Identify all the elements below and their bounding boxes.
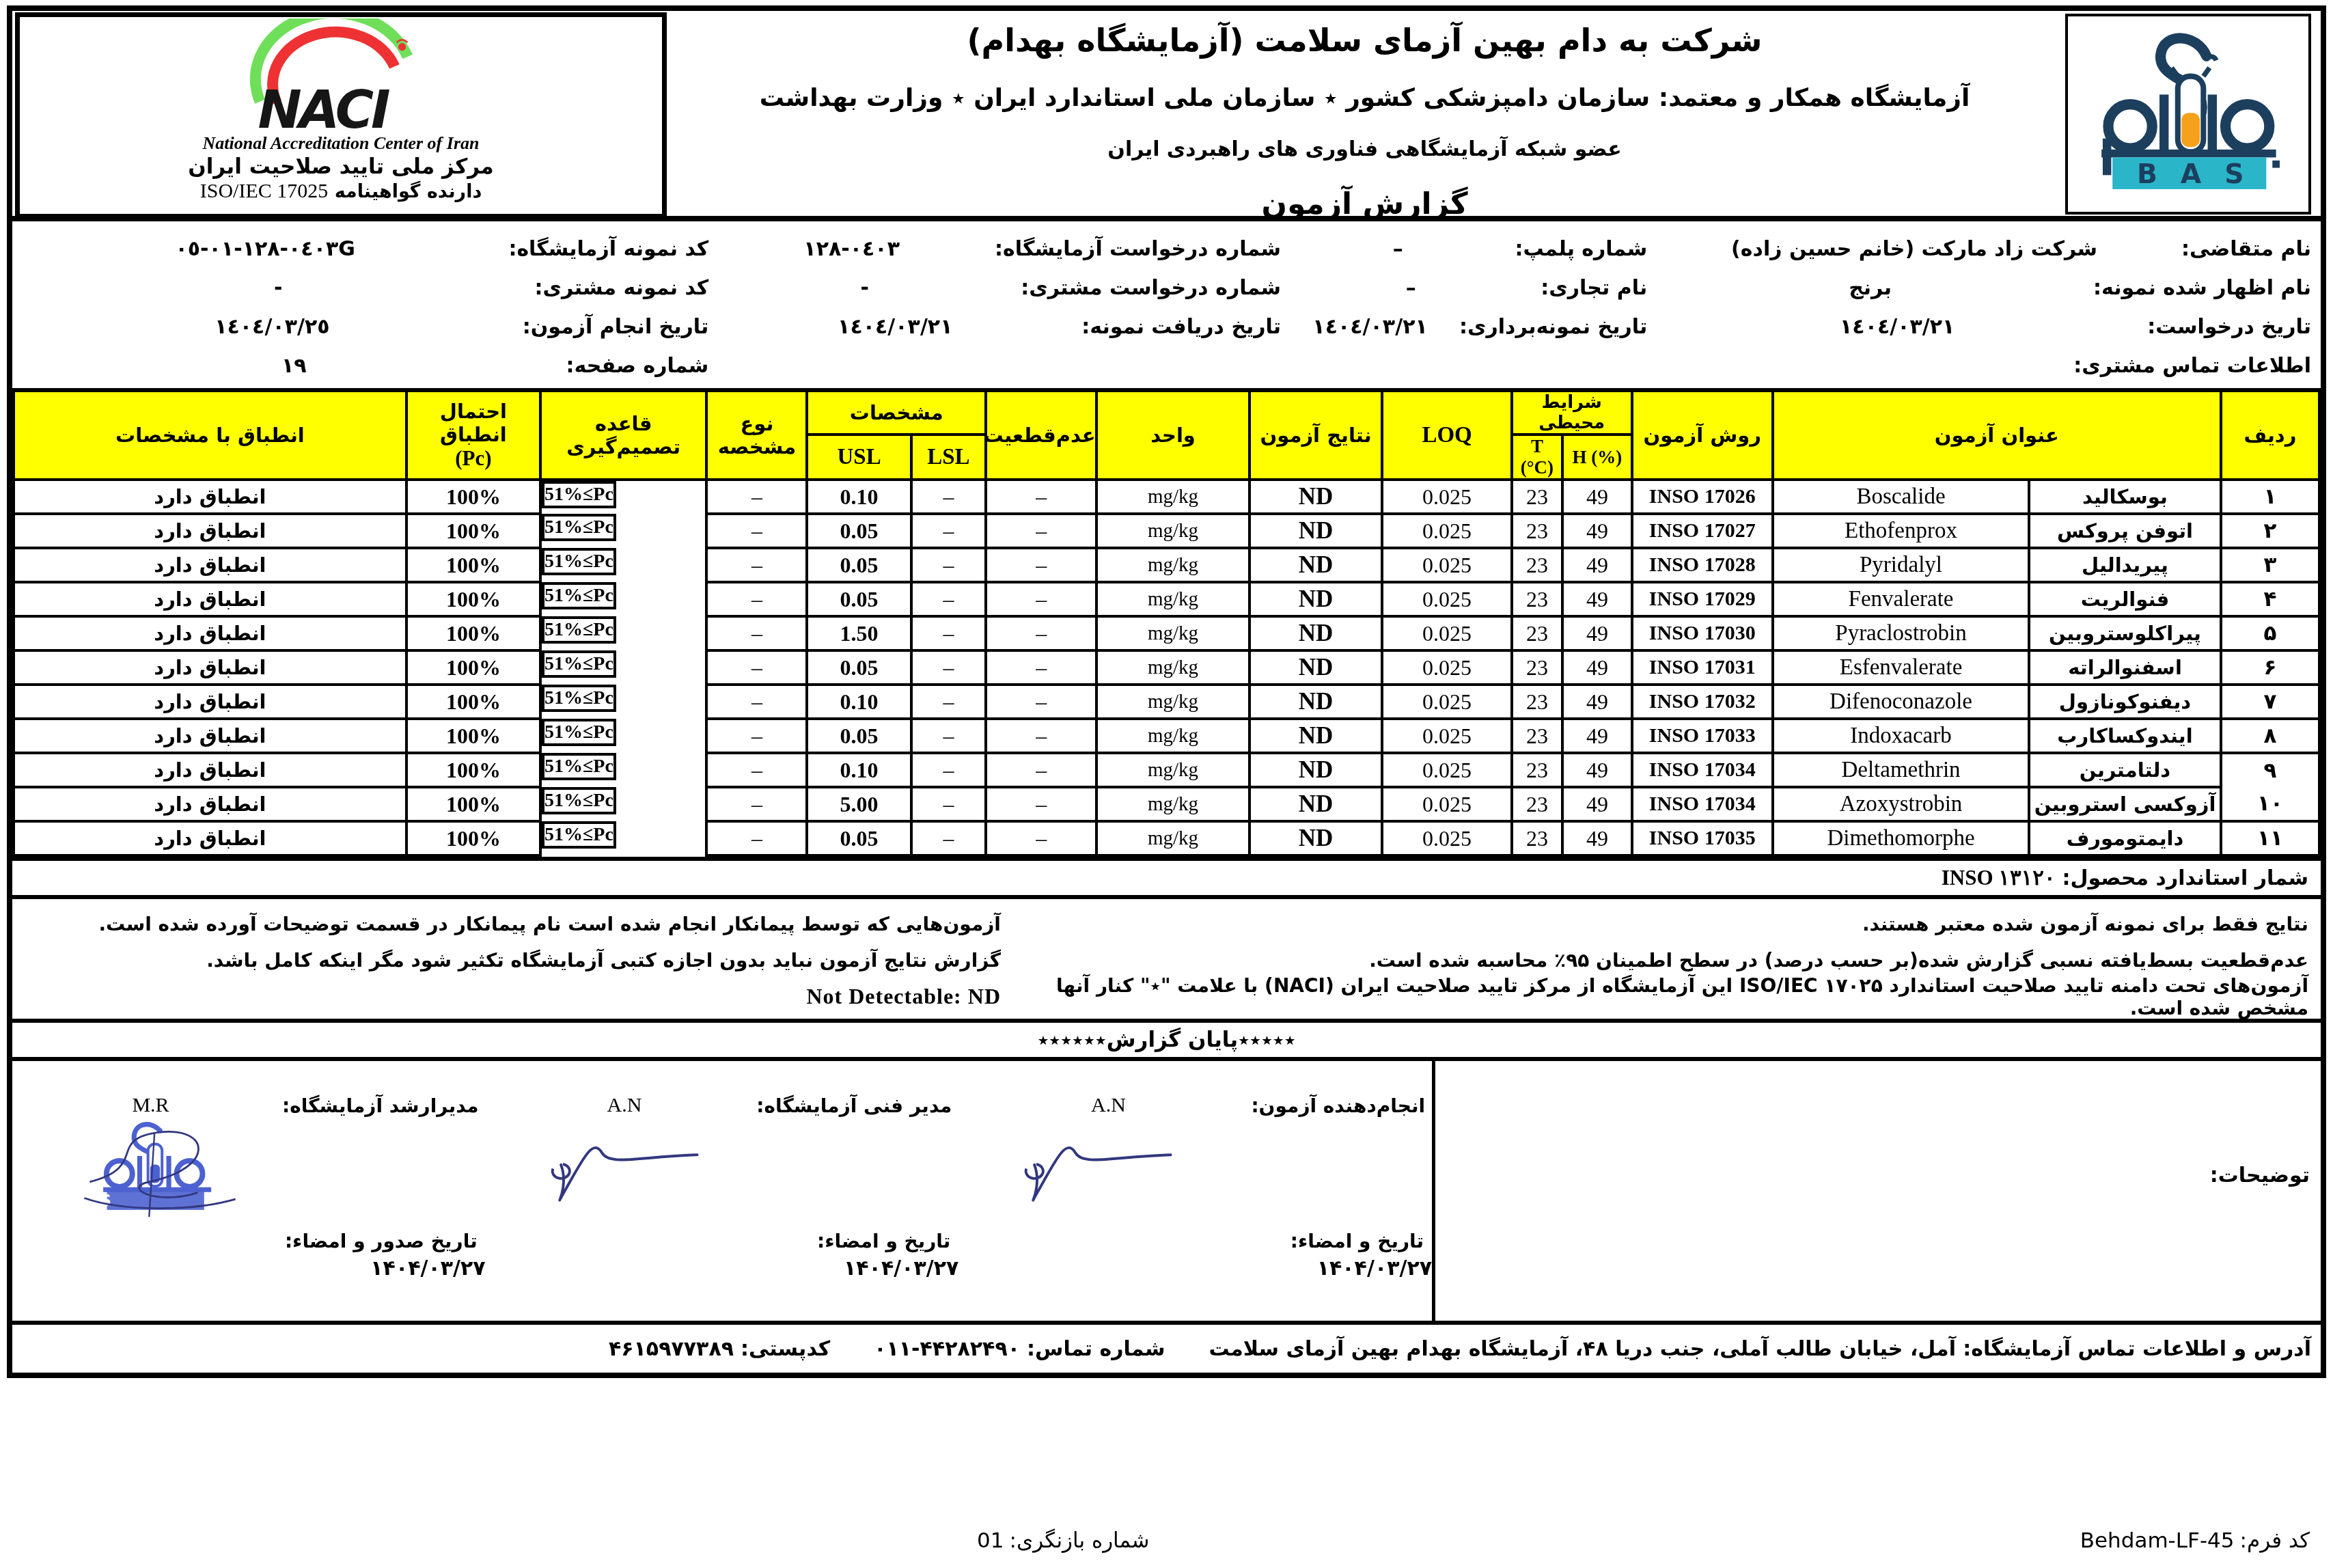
svg-text:NACI: NACI <box>258 80 389 133</box>
customer-contact-label: اطلاعات تماس مشتری: <box>2073 354 2311 378</box>
tester-role-label: انجام‌دهنده آزمون: <box>1251 1095 1425 1117</box>
trade-name-value: – <box>1281 276 1541 300</box>
product-standard-row: شمار استاندارد محصول: INSO ۱۳۱۲۰ <box>12 857 2321 895</box>
info-row: نام اظهار شده نمونه:برنج نام تجاری:– شما… <box>22 269 2311 307</box>
revision-label: شماره بازنگری: <box>1009 1528 1149 1553</box>
lab-sample-code-value: ٠٤٠٣-١٢٨-٠١-٠٥G <box>22 237 508 261</box>
table-row: انطباق دارد100%51%≤Pc– 0.10––mg/kg ND0.0… <box>14 480 2319 514</box>
naci-subtitle-fa: مرکز ملی تایید صلاحیت ایران <box>20 154 662 180</box>
signature-col-senior-manager: مدیرارشد آزمایشگاه: M.R <box>12 1061 486 1321</box>
remarks-box: توضیحات: <box>1432 1061 2321 1321</box>
end-of-report-line: ٭٭٭٭٭پایان گزارش٭٭٭٭٭٭ <box>12 1019 2321 1057</box>
naci-certificate-line: دارنده گواهینامه ISO/IEC 17025 <box>20 180 662 204</box>
sampling-date-label: تاریخ نمونه‌برداری: <box>1459 315 1647 339</box>
page-title: گزارش آزمون <box>1261 187 1467 221</box>
col-conformity: انطباق با مشخصات <box>14 390 406 480</box>
test-date-label: تاریخ انجام آزمون: <box>523 315 709 339</box>
senior-manager-date-label: تاریخ صدور و امضاء: <box>12 1225 486 1256</box>
receipt-date-value: ١٤٠٤/٠٣/٢١ <box>708 315 1081 339</box>
accreditation-title: آزمایشگاه همکار و معتمد: سازمان دامپزشکی… <box>760 84 1970 112</box>
postal-code: ۴۶۱۵۹۷۷۳۸۹ <box>609 1337 734 1361</box>
col-unit: واحد <box>1096 390 1249 480</box>
header-band: NACI National Accreditation Center of Ir… <box>12 11 2321 216</box>
postal-code-label: کدپستی: <box>741 1337 830 1361</box>
table-row: انطباق دارد100%51%≤Pc– 0.05––mg/kg ND0.0… <box>14 514 2319 548</box>
info-row: تاریخ درخواست:١٤٠٤/٠٣/٢١ تاریخ نمونه‌برد… <box>22 307 2311 346</box>
bas-lab-logo-box: BAS <box>2065 14 2311 215</box>
test-results-table: انطباق با مشخصات احتمال انطباق(Pc) قاعده… <box>12 388 2321 857</box>
sampling-date-value: ١٤٠٤/٠٣/٢١ <box>1281 315 1459 339</box>
col-uncertainty: عدم‌قطعیت <box>986 390 1096 480</box>
table-row: انطباق دارد100%51%≤Pc– 0.05––mg/kg ND0.0… <box>14 548 2319 582</box>
senior-manager-name: M.R <box>19 1094 282 1117</box>
report-titles: شرکت به دام بهین آزمای سلامت (آزمایشگاه … <box>668 15 2061 227</box>
note-validity: نتایج فقط برای نمونه آزمون شده معتبر هست… <box>1005 906 2308 942</box>
col-char-type: نوع مشخصه <box>706 390 807 480</box>
table-row: انطباق دارد100%51%≤Pc– 1.50––mg/kg ND0.0… <box>14 616 2319 650</box>
customer-sample-code-value: - <box>22 276 534 300</box>
tester-date: ۱۴۰۴/۰۳/۲۷ <box>1251 1256 1432 1280</box>
table-row: انطباق دارد100%51%≤Pc– 0.05––mg/kg ND0.0… <box>14 821 2319 855</box>
signature-section: توضیحات: انجام‌دهنده آزمون: A.N تاریخ و … <box>12 1057 2321 1321</box>
table-row: انطباق دارد100%51%≤Pc– 0.10––mg/kg ND0.0… <box>14 685 2319 719</box>
note-naci-scope: آزمون‌های تحت دامنه تایید صلاحیت استاندا… <box>1005 978 2308 1015</box>
col-env-conditions: شرایط محیطی <box>1512 390 1632 435</box>
notes-section: نتایج فقط برای نمونه آزمون شده معتبر هست… <box>12 895 2321 1019</box>
address-bar: آدرس و اطلاعات تماس آزمایشگاه: آمل، خیاب… <box>12 1321 2321 1373</box>
revision-value: 01 <box>977 1528 1004 1553</box>
col-method: روش آزمون <box>1632 390 1773 480</box>
lab-request-no-label: شماره درخواست آزمایشگاه: <box>995 237 1281 261</box>
lab-sample-code-label: کد نمونه آزمایشگاه: <box>508 237 708 261</box>
senior-manager-date: ۱۴۰۴/۰۳/۲۷ <box>304 1256 485 1280</box>
applicant-value: شرکت زاد مارکت (خانم حسین زاده) <box>1647 237 2181 261</box>
senior-manager-stamp-icon: BAS <box>50 1117 275 1225</box>
customer-request-no-label: شماره درخواست مشتری: <box>1021 276 1281 300</box>
col-decision-rule: قاعده تصمیم‌گیری <box>540 390 706 480</box>
col-pc: احتمال انطباق(Pc) <box>406 390 540 480</box>
phone-label: شماره تماس: <box>1027 1337 1165 1361</box>
note-nd-definition: Not Detectable: ND <box>12 978 1001 1015</box>
form-code-value: Behdam-LF-45 <box>2080 1528 2235 1553</box>
request-date-value: ١٤٠٤/٠٣/٢١ <box>1647 315 2147 339</box>
receipt-date-label: تاریخ دریافت نمونه: <box>1081 315 1281 339</box>
col-usl: USL <box>807 435 911 480</box>
col-humidity: H (%) <box>1562 435 1631 480</box>
note-reproduction: گزارش نتایج آزمون نباید بدون اجازه کتبی … <box>12 942 1001 978</box>
table-row: انطباق دارد100%51%≤Pc– 0.05––mg/kg ND0.0… <box>14 582 2319 616</box>
lab-address: آدرس و اطلاعات تماس آزمایشگاه: آمل، خیاب… <box>1209 1337 2311 1361</box>
page-number-label: شماره صفحه: <box>566 354 709 378</box>
bas-logo-icon: BAS <box>2075 23 2301 206</box>
declared-name-value: برنج <box>1647 276 2093 300</box>
test-date-value: ١٤٠٤/٠٣/٢٥ <box>22 315 523 339</box>
svg-text:BAS: BAS <box>2137 159 2267 190</box>
request-date-label: تاریخ درخواست: <box>2147 315 2311 339</box>
senior-manager-role-label: مدیرارشد آزمایشگاه: <box>282 1095 479 1117</box>
tester-date-label: تاریخ و امضاء: <box>958 1225 1432 1256</box>
membership-title: عضو شبکه آزمایشگاهی فناوری های راهبردی ا… <box>1107 137 1621 161</box>
customer-request-no-value: - <box>708 276 1021 300</box>
col-temperature: T (°C) <box>1512 435 1562 480</box>
technical-manager-name: A.N <box>493 1094 757 1117</box>
naci-subtitle-en: National Accreditation Center of Iran <box>20 133 662 154</box>
remarks-label: توضیحات: <box>2210 1164 2310 1187</box>
form-code-label: کد فرم: <box>2240 1528 2310 1553</box>
seal-no-value: – <box>1281 237 1515 261</box>
signature-columns: انجام‌دهنده آزمون: A.N تاریخ و امضاء: ۱۴… <box>12 1061 1432 1321</box>
info-row: نام متقاضی:شرکت زاد مارکت (خانم حسین زاد… <box>22 230 2311 269</box>
technical-manager-date: ۱۴۰۴/۰۳/۲۷ <box>777 1256 958 1280</box>
table-row: انطباق دارد100%51%≤Pc– 0.05––mg/kg ND0.0… <box>14 719 2319 753</box>
note-subcontractor: آزمون‌هایی که توسط پیمانکار انجام شده اس… <box>12 906 1001 942</box>
col-loq: LOQ <box>1382 390 1511 480</box>
tester-signature-icon <box>997 1117 1202 1223</box>
col-row-no: ردیف <box>2221 390 2319 480</box>
col-result: نتایج آزمون <box>1250 390 1383 480</box>
merged-row-no-cell: ۹۱۰ <box>2221 753 2319 821</box>
naci-logo-icon: NACI <box>248 18 434 133</box>
lab-request-no-value: ٠٤٠٣-١٢٨ <box>708 237 995 261</box>
company-title: شرکت به دام بهین آزمای سلامت (آزمایشگاه … <box>967 22 1763 59</box>
phone-number: ۰۱۱-۴۴۲۸۲۴۹۰ <box>874 1337 1020 1361</box>
declared-name-label: نام اظهار شده نمونه: <box>2093 276 2311 300</box>
notes-column-left: آزمون‌هایی که توسط پیمانکار انجام شده اس… <box>12 906 1005 1015</box>
info-row: اطلاعات تماس مشتری: شماره صفحه:١٩ <box>22 346 2311 385</box>
trade-name-label: نام تجاری: <box>1541 276 1647 300</box>
tester-name: A.N <box>965 1094 1251 1117</box>
notes-column-right: نتایج فقط برای نمونه آزمون شده معتبر هست… <box>1005 906 2321 1015</box>
product-standard-label: شمار استاندارد محصول: <box>2062 866 2308 890</box>
sample-info-section: نام متقاضی:شرکت زاد مارکت (خانم حسین زاد… <box>12 216 2321 388</box>
col-lsl: LSL <box>911 435 986 480</box>
note-uncertainty: عدم‌قطعیت بسط‌یافته نسبی گزارش شده(بر حس… <box>1005 942 2308 978</box>
signature-col-technical-manager: مدیر فنی آزمایشگاه: A.N تاریخ و امضاء: ۱… <box>486 1061 959 1321</box>
customer-sample-code-label: کد نمونه مشتری: <box>535 276 709 300</box>
technical-manager-signature-icon <box>523 1117 728 1223</box>
seal-no-label: شماره پلمپ: <box>1515 237 1648 261</box>
col-test-title: عنوان آزمون <box>1773 390 2221 480</box>
applicant-label: نام متقاضی: <box>2181 237 2311 261</box>
page-number-value: ١٩ <box>22 354 566 378</box>
table-row: انطباق دارد100%51%≤Pc– 0.05––mg/kg ND0.0… <box>14 650 2319 685</box>
technical-manager-role-label: مدیر فنی آزمایشگاه: <box>756 1095 952 1117</box>
table-row: انطباق دارد100%51%≤Pc– 5.00––mg/kg ND0.0… <box>14 787 2319 821</box>
signature-col-tester: انجام‌دهنده آزمون: A.N تاریخ و امضاء: ۱۴… <box>958 1061 1432 1321</box>
product-standard-value: INSO ۱۳۱۲۰ <box>1942 866 2056 890</box>
svg-text:BAS: BAS <box>54 1192 124 1210</box>
form-footer: کد فرم: Behdam-LF-45 شماره بازنگری: 01 <box>0 1528 2333 1558</box>
col-specs: مشخصات <box>807 390 986 435</box>
technical-manager-date-label: تاریخ و امضاء: <box>486 1225 959 1256</box>
table-row: انطباق دارد100%51%≤Pc– 0.10––mg/kg ND0.0… <box>14 753 2319 787</box>
naci-accreditation-box: NACI National Accreditation Center of Ir… <box>15 12 667 219</box>
report-sheet: NACI National Accreditation Center of Ir… <box>7 5 2326 1378</box>
